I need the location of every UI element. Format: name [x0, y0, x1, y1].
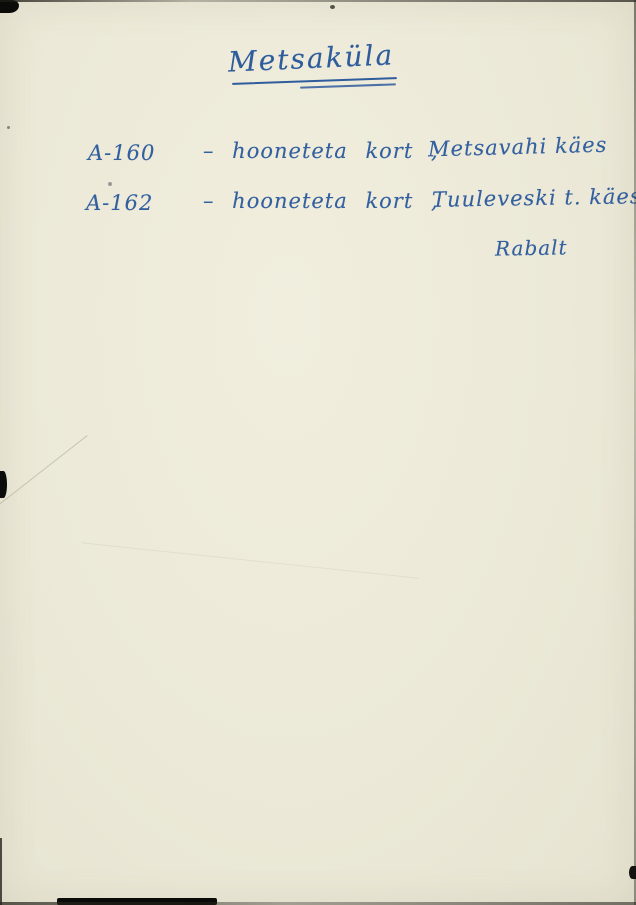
entry-2-holder: Tuuleveski t. käes: [432, 184, 636, 212]
scan-artifact-left-edge-line: [0, 838, 2, 905]
signature-note: Rabalt: [495, 235, 568, 260]
entry-1-holder: Metsavahi käes: [428, 133, 608, 162]
scanned-document-page: Metsaküla A-160 – hooneteta kort , Metsa…: [0, 0, 636, 905]
entry-2-description: – hooneteta kort ,: [203, 189, 439, 213]
entry-1-reference: A-160: [88, 141, 155, 165]
page-title: Metsaküla: [227, 38, 394, 78]
paper-crease-faint: [81, 542, 419, 579]
paper-crease: [0, 435, 88, 510]
paper-speck: [7, 126, 10, 129]
scan-artifact-left-edge-blob: [0, 471, 7, 498]
scan-artifact-right-edge-nick: [629, 866, 636, 879]
ink-speck-left-margin: [108, 182, 112, 186]
scan-artifact-top-edge-line: [0, 0, 636, 2]
entry-1-description: – hooneteta kort ,: [203, 139, 439, 163]
ink-speck-top: [330, 5, 335, 9]
title-underline-second-stroke: [300, 83, 396, 88]
entry-2-reference: A-162: [86, 191, 153, 215]
